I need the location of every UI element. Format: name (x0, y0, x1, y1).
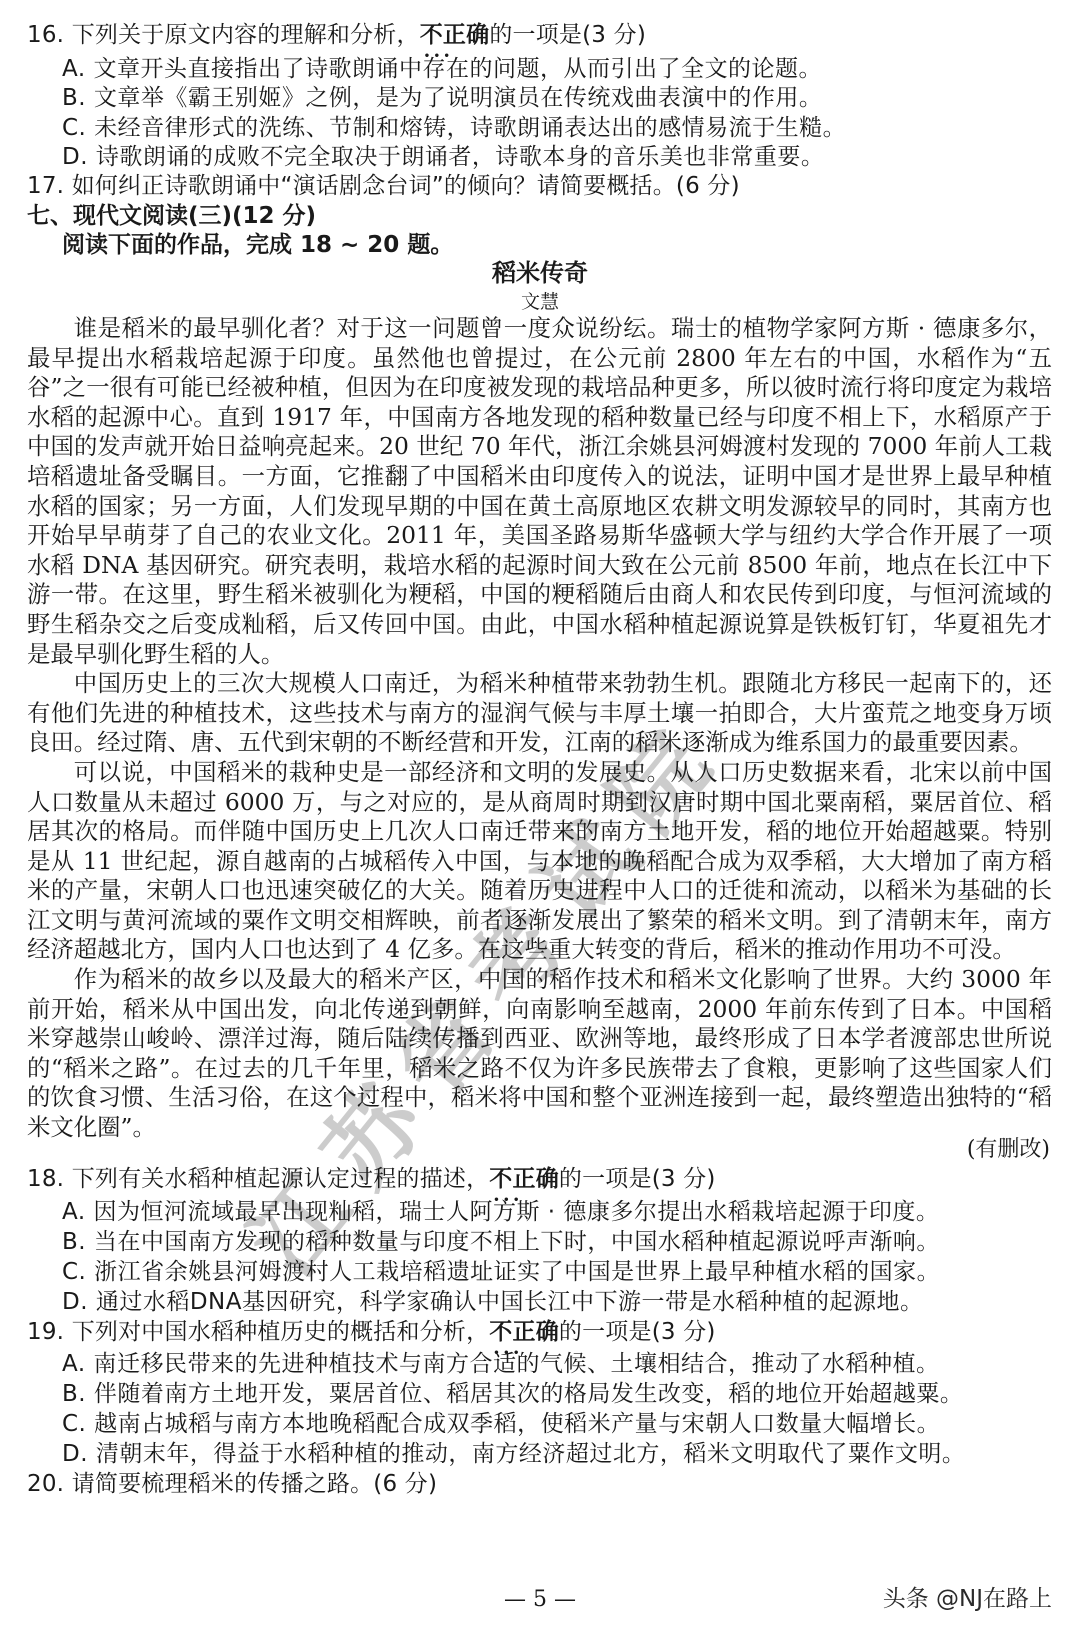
question-18-stem: 18. 下列有关水稻种植起源认定过程的描述，不正确的一项是(3 分) (27, 1165, 716, 1194)
article-paragraph-2: 中国历史上的三次大规模人口南迁，为稻米种植带来勃勃生机。跟随北方移民一起南下的，… (27, 669, 1052, 758)
article-author: 文慧 (0, 290, 1080, 314)
source-note: (有删改) (967, 1135, 1050, 1164)
question-17-stem: 17. 如何纠正诗歌朗诵中“演话剧念台词”的倾向？请简要概括。(6 分) (27, 172, 740, 201)
article-paragraph-1: 谁是稻米的最早驯化者？对于这一问题曾一度众说纷纭。瑞士的植物学家阿方斯 · 德康… (27, 314, 1052, 669)
question-20-stem: 20. 请简要梳理稻米的传播之路。(6 分) (27, 1470, 437, 1499)
question-18-stem-post: 的一项是(3 分) (559, 1166, 716, 1192)
article-paragraph-3: 可以说，中国稻米的栽种史是一部经济和文明的发展史。从人口历史数据来看，北宋以前中… (27, 758, 1052, 965)
exam-page: 江苏省考试院 16. 下列关于原文内容的理解和分析，不正确的一项是(3 分) A… (0, 0, 1080, 1634)
section-heading: 七、现代文阅读(三)(12 分) (27, 202, 316, 231)
question-19-option-a: A. 南迁移民带来的先进种植技术与南方合适的气候、土壤相结合，推动了水稻种植。 (62, 1350, 939, 1379)
question-18-option-b: B. 当在中国南方发现的稻种数量与印度不相上下时，中国水稻种植起源说呼声渐响。 (62, 1228, 940, 1257)
question-19-stem: 19. 下列对中国水稻种植历史的概括和分析，不正确的一项是(3 分) (27, 1318, 716, 1347)
article-body: 谁是稻米的最早驯化者？对于这一问题曾一度众说纷纭。瑞士的植物学家阿方斯 · 德康… (27, 314, 1052, 1143)
question-16-stem-post: 的一项是(3 分) (489, 22, 646, 48)
question-19-option-c: C. 越南占城稻与南方本地晚稻配合成双季稻，使稻米产量与宋朝人口数量大幅增长。 (62, 1410, 940, 1439)
question-18-stem-pre: 18. 下列有关水稻种植起源认定过程的描述， (27, 1166, 489, 1192)
question-19-option-d: D. 清朝末年，得益于水稻种植的推动，南方经济超过北方，稻米文明取代了粟作文明。 (62, 1440, 965, 1469)
question-16-option-a: A. 文章开头直接指出了诗歌朗诵中存在的问题，从而引出了全文的论题。 (62, 55, 822, 84)
question-18-emphasis: 不正确 (489, 1166, 559, 1192)
article-paragraph-4: 作为稻米的故乡以及最大的稻米产区，中国的稻作技术和稻米文化影响了世界。大约 30… (27, 965, 1052, 1143)
question-16-emphasis: 不正确 (420, 22, 490, 48)
question-16-option-c: C. 未经音律形式的洗练、节制和熔铸，诗歌朗诵表达出的感情易流于生糙。 (62, 114, 846, 143)
question-16-stem: 16. 下列关于原文内容的理解和分析，不正确的一项是(3 分) (27, 21, 646, 50)
question-16-option-d: D. 诗歌朗诵的成败不完全取决于朗诵者，诗歌本身的音乐美也非常重要。 (62, 143, 824, 172)
question-18-option-a: A. 因为恒河流域最早出现籼稻，瑞士人阿方斯 · 德康多尔提出水稻栽培起源于印度… (62, 1198, 939, 1227)
question-19-stem-pre: 19. 下列对中国水稻种植历史的概括和分析， (27, 1319, 489, 1345)
question-18-option-d: D. 通过水稻DNA基因研究，科学家确认中国长江中下游一带是水稻种植的起源地。 (62, 1288, 923, 1317)
question-16-stem-pre: 16. 下列关于原文内容的理解和分析， (27, 22, 420, 48)
question-18-option-c: C. 浙江省余姚县河姆渡村人工栽培稻遗址证实了中国是世界上最早种植水稻的国家。 (62, 1258, 940, 1287)
question-19-option-b: B. 伴随着南方土地开发，粟居首位、稻居其次的格局发生改变，稻的地位开始超越粟。 (62, 1380, 963, 1409)
question-16-option-b: B. 文章举《霸王别姬》之例，是为了说明演员在传统戏曲表演中的作用。 (62, 84, 822, 113)
article-title: 稻米传奇 (0, 258, 1080, 288)
section-instruction: 阅读下面的作品，完成 18 ~ 20 题。 (62, 231, 453, 260)
question-19-stem-post: 的一项是(3 分) (559, 1319, 716, 1345)
source-credit: 头条 @NJ在路上 (883, 1585, 1052, 1613)
question-19-emphasis: 不正确 (489, 1319, 559, 1345)
